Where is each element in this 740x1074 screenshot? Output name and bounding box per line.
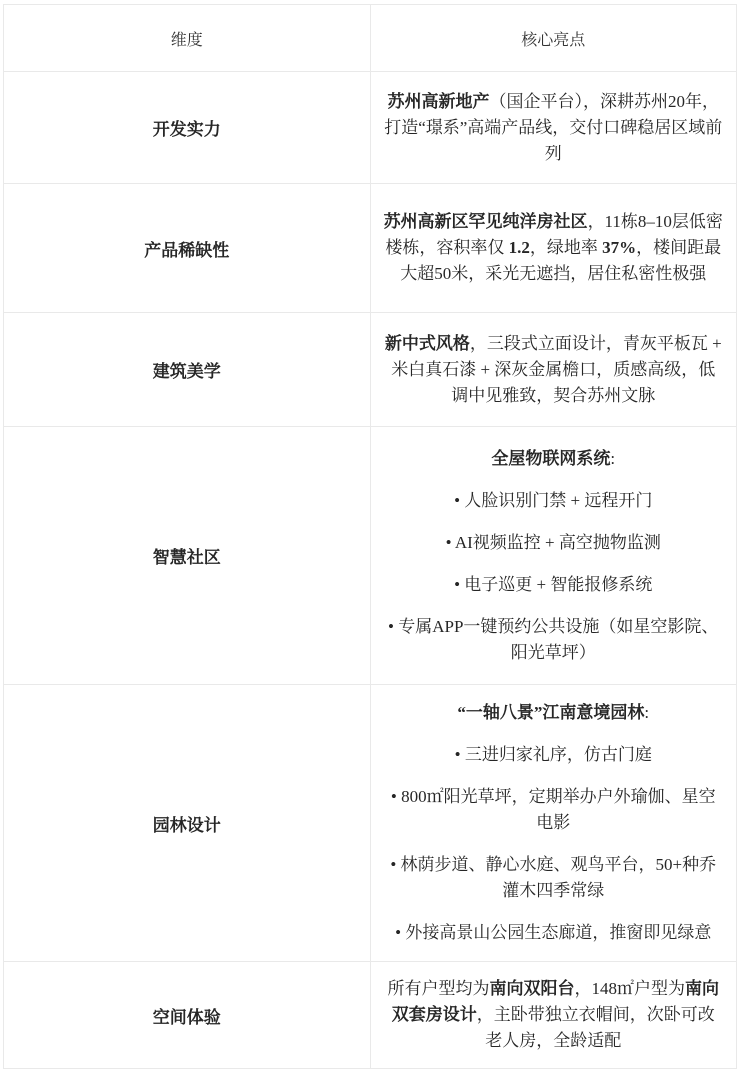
bullet-item: • AI视频监控 + 高空抛物监测 xyxy=(384,530,724,556)
text-run: “一轴八景”江南意境园林 xyxy=(457,703,644,722)
dimension-cell: 建筑美学 xyxy=(4,313,371,427)
highlights-cell: “一轴八景”江南意境园林:• 三进归家礼序，仿古门庭• 800㎡阳光草坪，定期举… xyxy=(370,685,737,962)
paragraph: “一轴八景”江南意境园林: xyxy=(384,700,724,726)
text-run: 37% xyxy=(602,238,636,257)
text-run: 全屋物联网系统 xyxy=(491,449,610,468)
bullet-icon: • xyxy=(388,617,398,636)
text-run: 苏州高新地产 xyxy=(388,92,490,111)
dimension-cell: 智慧社区 xyxy=(4,427,371,685)
bullet-item: • 专属APP一键预约公共设施（如星空影院、阳光草坪） xyxy=(384,614,724,666)
bullet-icon: • xyxy=(390,855,400,874)
bullet-icon: • xyxy=(391,787,401,806)
text-run: AI视频监控 + 高空抛物监测 xyxy=(455,533,661,552)
text-run: 专属APP一键预约公共设施（如星空影院、阳光草坪） xyxy=(398,617,718,662)
text-run: 林荫步道、静心水庭、观鸟平台，50+种乔灌木四季常绿 xyxy=(401,855,717,900)
bullet-icon: • xyxy=(455,745,465,764)
paragraph: 苏州高新地产（国企平台），深耕苏州20年，打造“璟系”高端产品线，交付口碑稳居区… xyxy=(384,89,724,167)
bullet-icon: • xyxy=(454,575,464,594)
highlights-cell: 所有户型均为南向双阳台，148㎡户型为南向双套房设计，主卧带独立衣帽间，次卧可改… xyxy=(370,962,737,1069)
table-row: 开发实力苏州高新地产（国企平台），深耕苏州20年，打造“璟系”高端产品线，交付口… xyxy=(4,72,737,184)
column-header-dimension: 维度 xyxy=(4,5,371,72)
highlights-cell: 新中式风格，三段式立面设计，青灰平板瓦 + 米白真石漆 + 深灰金属檐口，质感高… xyxy=(370,313,737,427)
table-row: 智慧社区全屋物联网系统:• 人脸识别门禁 + 远程开门• AI视频监控 + 高空… xyxy=(4,427,737,685)
paragraph: 全屋物联网系统: xyxy=(384,446,724,472)
table-row: 产品稀缺性苏州高新区罕见纯洋房社区，11栋8–10层低密楼栋，容积率仅 1.2，… xyxy=(4,184,737,313)
text-run: 新中式风格 xyxy=(385,334,470,353)
table-row: 空间体验所有户型均为南向双阳台，148㎡户型为南向双套房设计，主卧带独立衣帽间，… xyxy=(4,962,737,1069)
paragraph: 新中式风格，三段式立面设计，青灰平板瓦 + 米白真石漆 + 深灰金属檐口，质感高… xyxy=(384,331,724,409)
dimension-cell: 空间体验 xyxy=(4,962,371,1069)
highlights-table: 维度 核心亮点 开发实力苏州高新地产（国企平台），深耕苏州20年，打造“璟系”高… xyxy=(3,4,737,1069)
highlights-cell: 全屋物联网系统:• 人脸识别门禁 + 远程开门• AI视频监控 + 高空抛物监测… xyxy=(370,427,737,685)
bullet-item: • 林荫步道、静心水庭、观鸟平台，50+种乔灌木四季常绿 xyxy=(384,852,724,904)
bullet-item: • 800㎡阳光草坪，定期举办户外瑜伽、星空电影 xyxy=(384,784,724,836)
highlights-cell: 苏州高新区罕见纯洋房社区，11栋8–10层低密楼栋，容积率仅 1.2，绿地率 3… xyxy=(370,184,737,313)
text-run: : xyxy=(644,703,649,722)
paragraph: 所有户型均为南向双阳台，148㎡户型为南向双套房设计，主卧带独立衣帽间，次卧可改… xyxy=(384,976,724,1054)
table-header: 维度 核心亮点 xyxy=(4,5,737,72)
text-run: 800㎡阳光草坪，定期举办户外瑜伽、星空电影 xyxy=(401,787,716,832)
text-run: 电子巡更 + 智能报修系统 xyxy=(464,575,652,594)
column-header-highlights: 核心亮点 xyxy=(370,5,737,72)
text-run: 苏州高新区罕见纯洋房社区 xyxy=(384,212,588,231)
text-run: 南向双阳台 xyxy=(490,979,575,998)
bullet-item: • 人脸识别门禁 + 远程开门 xyxy=(384,488,724,514)
bullet-icon: • xyxy=(446,533,455,552)
bullet-icon: • xyxy=(454,491,464,510)
text-run: ，148㎡户型为 xyxy=(575,979,686,998)
bullet-item: • 三进归家礼序，仿古门庭 xyxy=(384,742,724,768)
text-run: ，绿地率 xyxy=(530,238,602,257)
bullet-item: • 外接高景山公园生态廊道，推窗即见绿意 xyxy=(384,920,724,946)
text-run: : xyxy=(610,449,615,468)
header-row: 维度 核心亮点 xyxy=(4,5,737,72)
text-run: 人脸识别门禁 + 远程开门 xyxy=(464,491,652,510)
page: 维度 核心亮点 开发实力苏州高新地产（国企平台），深耕苏州20年，打造“璟系”高… xyxy=(0,0,740,1069)
table-row: 建筑美学新中式风格，三段式立面设计，青灰平板瓦 + 米白真石漆 + 深灰金属檐口… xyxy=(4,313,737,427)
dimension-cell: 园林设计 xyxy=(4,685,371,962)
bullet-icon: • xyxy=(395,923,405,942)
paragraph: 苏州高新区罕见纯洋房社区，11栋8–10层低密楼栋，容积率仅 1.2，绿地率 3… xyxy=(384,209,724,287)
text-run: 三进归家礼序，仿古门庭 xyxy=(465,745,652,764)
bullet-item: • 电子巡更 + 智能报修系统 xyxy=(384,572,724,598)
text-run: 所有户型均为 xyxy=(388,979,490,998)
table-body: 开发实力苏州高新地产（国企平台），深耕苏州20年，打造“璟系”高端产品线，交付口… xyxy=(4,72,737,1069)
dimension-cell: 产品稀缺性 xyxy=(4,184,371,313)
text-run: 外接高景山公园生态廊道，推窗即见绿意 xyxy=(405,923,711,942)
text-run: 1.2 xyxy=(509,238,530,257)
table-row: 园林设计“一轴八景”江南意境园林:• 三进归家礼序，仿古门庭• 800㎡阳光草坪… xyxy=(4,685,737,962)
text-run: ，主卧带独立衣帽间，次卧可改老人房，全龄适配 xyxy=(477,1005,715,1050)
highlights-cell: 苏州高新地产（国企平台），深耕苏州20年，打造“璟系”高端产品线，交付口碑稳居区… xyxy=(370,72,737,184)
dimension-cell: 开发实力 xyxy=(4,72,371,184)
